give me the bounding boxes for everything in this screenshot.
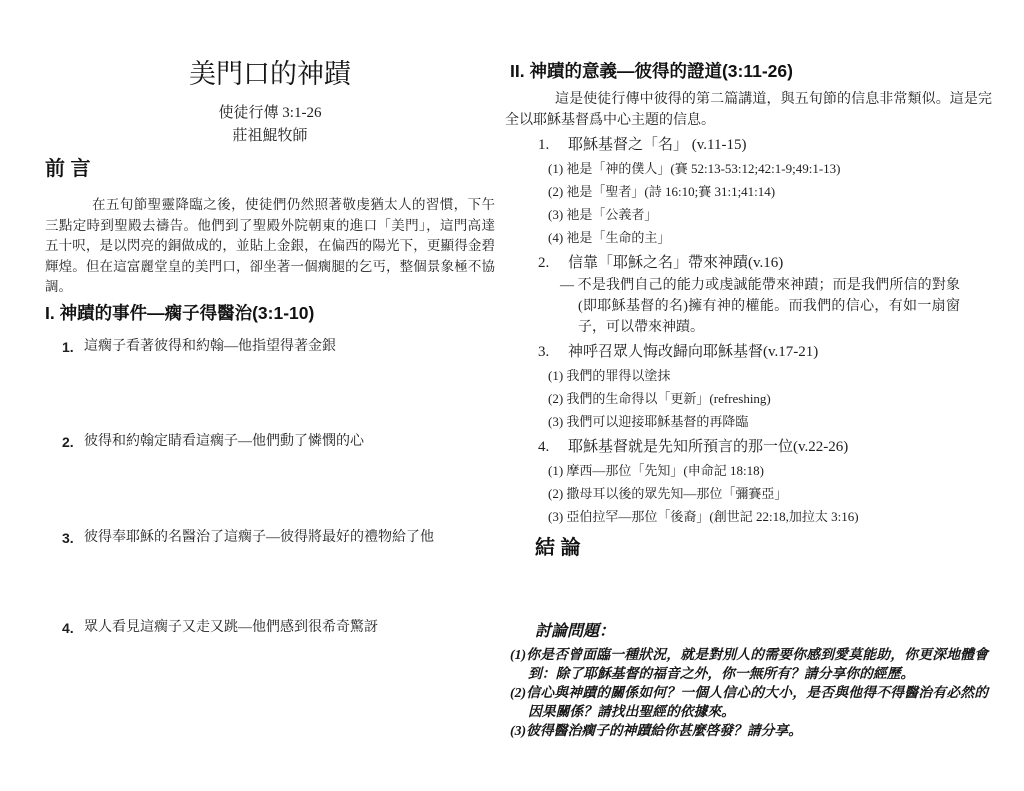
scripture-reference: 使徒行傳 3:1-26 (45, 104, 495, 122)
intro-paragraph: 在五旬節聖靈降臨之後，使徒們仍然照著敬虔猶太人的習慣，下午三點定時到聖殿去禱告。… (45, 195, 495, 298)
outline-item-number: 4. (62, 618, 84, 638)
sub-point: (2) 撒母耳以後的眾先知—那位「彌賽亞」 (548, 482, 992, 505)
outline-item-number: 3. (62, 528, 84, 548)
section-2-points: 1. 耶穌基督之「名」 (v.11-15) (1) 祂是「神的僕人」(賽 52:… (538, 133, 992, 528)
point-1: 1. 耶穌基督之「名」 (v.11-15) (1) 祂是「神的僕人」(賽 52:… (538, 133, 992, 249)
sub-point: (3) 我們可以迎接耶穌基督的再降臨 (548, 410, 992, 433)
discussion-heading: 討論問題： (535, 622, 992, 642)
sub-point: (3) 祂是「公義者」 (548, 203, 992, 226)
outline-item-number: 1. (62, 337, 84, 357)
point-head: 2. 信靠「耶穌之名」帶來神蹟(v.16) (538, 251, 992, 275)
point-subs: (1) 祂是「神的僕人」(賽 52:13-53:12;42:1-9;49:1-1… (548, 157, 992, 249)
outline-item-text: 彼得奉耶穌的名醫治了這瘸子—彼得將最好的禮物給了他 (84, 528, 434, 548)
discussion-question-3: (3)彼得醫治瘸子的神蹟給你甚麼啓發？請分享。 (510, 721, 988, 740)
author-name: 莊祖鯤牧師 (45, 127, 495, 145)
outline-item-4: 4. 眾人看見這瘸子又走又跳—他們感到很希奇驚訝 (62, 618, 495, 638)
point-note: — 不是我們自己的能力或虔誠能帶來神蹟；而是我們所信的對象(即耶穌基督的名)擁有… (560, 275, 960, 338)
sub-point: (4) 祂是「生命的主」 (548, 226, 992, 249)
section-2-intro: 這是使徒行傳中彼得的第二篇講道，與五旬節的信息非常類似。這是完全以耶穌基督爲中心… (505, 89, 992, 131)
discussion-question-2: (2)信心與神蹟的關係如何？一個人信心的大小，是否與他得不得醫治有必然的因果關係… (510, 683, 988, 721)
outline-item-text: 彼得和約翰定睛看這瘸子—他們動了憐憫的心 (84, 432, 364, 452)
point-title: 耶穌基督之「名」 (v.11-15) (568, 133, 746, 157)
page-title: 美門口的神蹟 (45, 57, 495, 91)
sub-point: (3) 亞伯拉罕—那位「後裔」(創世記 22:18,加拉太 3:16) (548, 505, 992, 528)
point-number: 2. (538, 251, 568, 275)
point-number: 1. (538, 133, 568, 157)
point-subs: (1) 摩西—那位「先知」(申命記 18:18) (2) 撒母耳以後的眾先知—那… (548, 459, 992, 528)
point-title: 神呼召眾人悔改歸向耶穌基督(v.17-21) (568, 340, 818, 364)
outline-item-text: 這瘸子看著彼得和約翰—他指望得著金銀 (84, 337, 336, 357)
point-3: 3. 神呼召眾人悔改歸向耶穌基督(v.17-21) (1) 我們的罪得以塗抹 (… (538, 340, 992, 433)
section-1-heading: I. 神蹟的事件—瘸子得醫治(3:1-10) (45, 302, 495, 324)
section-2-heading: II. 神蹟的意義—彼得的證道(3:11-26) (510, 60, 992, 82)
sub-point: (2) 祂是「聖者」(詩 16:10;賽 31:1;41:14) (548, 180, 992, 203)
document-page: 美門口的神蹟 使徒行傳 3:1-26 莊祖鯤牧師 前 言 在五旬節聖靈降臨之後，… (0, 0, 1024, 791)
point-number: 4. (538, 435, 568, 459)
outline-item-1: 1. 這瘸子看著彼得和約翰—他指望得著金銀 (62, 337, 495, 357)
conclusion-heading: 結 論 (535, 536, 992, 560)
point-number: 3. (538, 340, 568, 364)
point-head: 1. 耶穌基督之「名」 (v.11-15) (538, 133, 992, 157)
outline-item-3: 3. 彼得奉耶穌的名醫治了這瘸子—彼得將最好的禮物給了他 (62, 528, 495, 548)
intro-heading: 前 言 (45, 157, 495, 181)
sub-point: (1) 摩西—那位「先知」(申命記 18:18) (548, 459, 992, 482)
point-4: 4. 耶穌基督就是先知所預言的那一位(v.22-26) (1) 摩西—那位「先知… (538, 435, 992, 528)
point-2: 2. 信靠「耶穌之名」帶來神蹟(v.16) — 不是我們自己的能力或虔誠能帶來神… (538, 251, 992, 338)
point-subs: (1) 我們的罪得以塗抹 (2) 我們的生命得以「更新」(refreshing)… (548, 364, 992, 433)
sub-point: (2) 我們的生命得以「更新」(refreshing) (548, 387, 992, 410)
sub-point: (1) 我們的罪得以塗抹 (548, 364, 992, 387)
section-1-list: 1. 這瘸子看著彼得和約翰—他指望得著金銀 2. 彼得和約翰定睛看這瘸子—他們動… (62, 337, 495, 638)
point-title: 信靠「耶穌之名」帶來神蹟(v.16) (568, 251, 783, 275)
discussion-questions: (1)你是否曾面臨一種狀況，就是對別人的需要你感到愛莫能助，你更深地體會到：除了… (510, 645, 988, 740)
point-head: 3. 神呼召眾人悔改歸向耶穌基督(v.17-21) (538, 340, 992, 364)
point-title: 耶穌基督就是先知所預言的那一位(v.22-26) (568, 435, 848, 459)
outline-item-number: 2. (62, 432, 84, 452)
right-column: II. 神蹟的意義—彼得的證道(3:11-26) 這是使徒行傳中彼得的第二篇講道… (505, 55, 992, 740)
discussion-question-1: (1)你是否曾面臨一種狀況，就是對別人的需要你感到愛莫能助，你更深地體會到：除了… (510, 645, 988, 683)
outline-item-2: 2. 彼得和約翰定睛看這瘸子—他們動了憐憫的心 (62, 432, 495, 452)
sub-point: (1) 祂是「神的僕人」(賽 52:13-53:12;42:1-9;49:1-1… (548, 157, 992, 180)
outline-item-text: 眾人看見這瘸子又走又跳—他們感到很希奇驚訝 (84, 618, 378, 638)
point-head: 4. 耶穌基督就是先知所預言的那一位(v.22-26) (538, 435, 992, 459)
left-column: 美門口的神蹟 使徒行傳 3:1-26 莊祖鯤牧師 前 言 在五旬節聖靈降臨之後，… (45, 55, 495, 638)
